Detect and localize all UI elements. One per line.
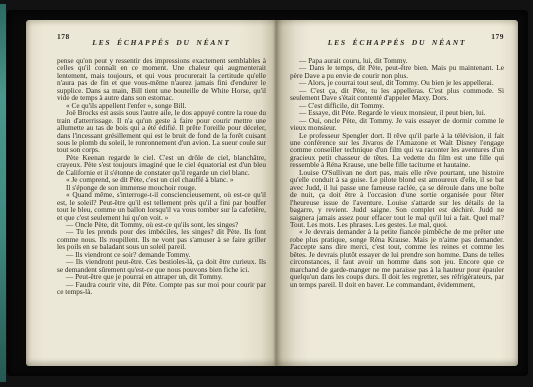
paragraph: Louise O'Sullivan ne dort pas, mais elle… xyxy=(290,169,504,229)
page-header-right: LES ÉCHAPPÉS DU NÉANT 179 xyxy=(290,32,504,42)
paragraph: Joë Brocks est assis sous l'autre aile, … xyxy=(57,109,266,154)
paragraph: Le professeur Spengler dort. Il rêve qu'… xyxy=(290,132,504,169)
page-spread: 178 LES ÉCHAPPÉS DU NÉANT pense qu'on pe… xyxy=(26,20,518,366)
paragraph: — Tu les prends pour des imbéciles, les … xyxy=(57,228,266,250)
page-text-right: — Papa aurait couru, lui, dit Tommy.— Da… xyxy=(290,57,504,288)
paragraph: — Ils viendront peut-être. Ces bestioles… xyxy=(57,258,266,273)
page-text-left: pense qu'on peut y ressentir des impress… xyxy=(57,57,266,296)
page-number-right: 179 xyxy=(491,32,504,41)
page-number-left: 178 xyxy=(57,32,70,41)
paragraph: — Faudra courir vite, dit Pète. Compte p… xyxy=(57,281,266,296)
page-header-left: 178 LES ÉCHAPPÉS DU NÉANT xyxy=(57,32,266,42)
paragraph: « Je devrais demander à la petite fiancé… xyxy=(290,228,504,288)
page-right: LES ÉCHAPPÉS DU NÉANT 179 — Papa aurait … xyxy=(276,20,518,366)
open-book: 178 LES ÉCHAPPÉS DU NÉANT pense qu'on pe… xyxy=(7,10,528,376)
running-title-right: LES ÉCHAPPÉS DU NÉANT xyxy=(328,38,467,47)
book-cover-edge xyxy=(0,4,6,382)
page-left: 178 LES ÉCHAPPÉS DU NÉANT pense qu'on pe… xyxy=(26,20,276,366)
paragraph: — C'est ça, dit Pète, tu les appelleras.… xyxy=(290,87,504,102)
paragraph: « Quand même, s'interroge-t-il conscienc… xyxy=(57,191,266,221)
paragraph: pense qu'on peut y ressentir des impress… xyxy=(57,57,266,102)
book-photo: 178 LES ÉCHAPPÉS DU NÉANT pense qu'on pe… xyxy=(0,0,533,387)
paragraph: Pète Keenan regarde le ciel. C'est un dr… xyxy=(57,154,266,176)
running-title-left: LES ÉCHAPPÉS DU NÉANT xyxy=(92,38,231,47)
paragraph: — Dans le temps, dit Pète, peut-être bie… xyxy=(290,64,504,79)
paragraph: — Oui, oncle Pète, dit Tommy. Je vais es… xyxy=(290,117,504,132)
